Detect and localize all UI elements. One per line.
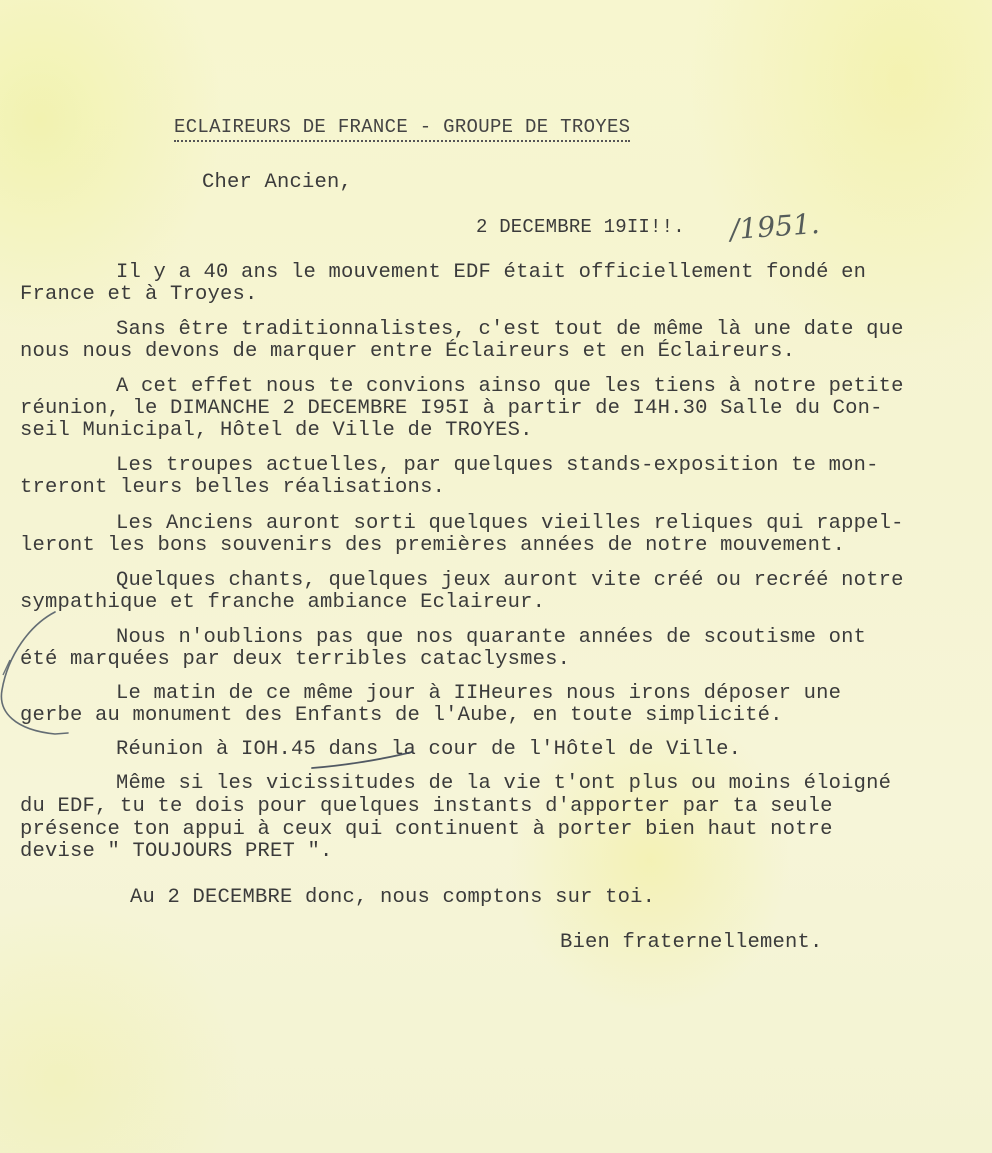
paragraph-8-line-1: Le matin de ce même jour à IIHeures nous… <box>116 683 841 705</box>
salutation: Cher Ancien, <box>202 172 352 194</box>
paragraph-9-line-1: Réunion à IOH.45 dans la cour de l'Hôtel… <box>116 739 741 761</box>
paragraph-10-line-4: devise " TOUJOURS PRET ". <box>20 841 333 863</box>
date-typed: 2 DECEMBRE 19II!!. <box>476 216 685 238</box>
paragraph-3-line-2: réunion, le DIMANCHE 2 DECEMBRE I95I à p… <box>20 398 883 420</box>
paragraph-10-line-2: du EDF, tu te dois pour quelques instant… <box>20 796 833 818</box>
paragraph-7-line-2: été marquées par deux terribles cataclys… <box>20 649 570 671</box>
paragraph-1-line-2: France et à Troyes. <box>20 284 258 306</box>
letter-title: ECLAIREURS DE FRANCE - GROUPE DE TROYES <box>174 116 630 142</box>
paragraph-6-line-1: Quelques chants, quelques jeux auront vi… <box>116 570 904 592</box>
paragraph-7-line-1: Nous n'oublions pas que nos quarante ann… <box>116 627 866 649</box>
paragraph-10-line-1: Même si les vicissitudes de la vie t'ont… <box>116 773 891 795</box>
paragraph-5-line-2: leront les bons souvenirs des premières … <box>20 535 845 557</box>
paragraph-1-line-1: Il y a 40 ans le mouvement EDF était off… <box>116 262 866 284</box>
closing-line: Au 2 DECEMBRE donc, nous comptons sur to… <box>130 887 655 909</box>
paragraph-6-line-2: sympathique et franche ambiance Eclaireu… <box>20 592 545 614</box>
paragraph-3-line-3: seil Municipal, Hôtel de Ville de TROYES… <box>20 420 533 442</box>
paragraph-2-line-1: Sans être traditionnalistes, c'est tout … <box>116 319 904 341</box>
paragraph-5-line-1: Les Anciens auront sorti quelques vieill… <box>116 513 904 535</box>
paragraph-4-line-1: Les troupes actuelles, par quelques stan… <box>116 455 879 477</box>
date-handwritten: /1951. <box>729 207 821 246</box>
paragraph-10-line-3: présence ton appui à ceux qui continuent… <box>20 819 833 841</box>
paragraph-8-line-2: gerbe au monument des Enfants de l'Aube,… <box>20 705 783 727</box>
paragraph-4-line-2: treront leurs belles réalisations. <box>20 477 445 499</box>
paragraph-2-line-2: nous nous devons de marquer entre Éclair… <box>20 341 795 363</box>
letter-page: ECLAIREURS DE FRANCE - GROUPE DE TROYES … <box>0 0 992 1153</box>
signoff: Bien fraternellement. <box>560 932 823 954</box>
paragraph-3-line-1: A cet effet nous te convions ainso que l… <box>116 376 904 398</box>
